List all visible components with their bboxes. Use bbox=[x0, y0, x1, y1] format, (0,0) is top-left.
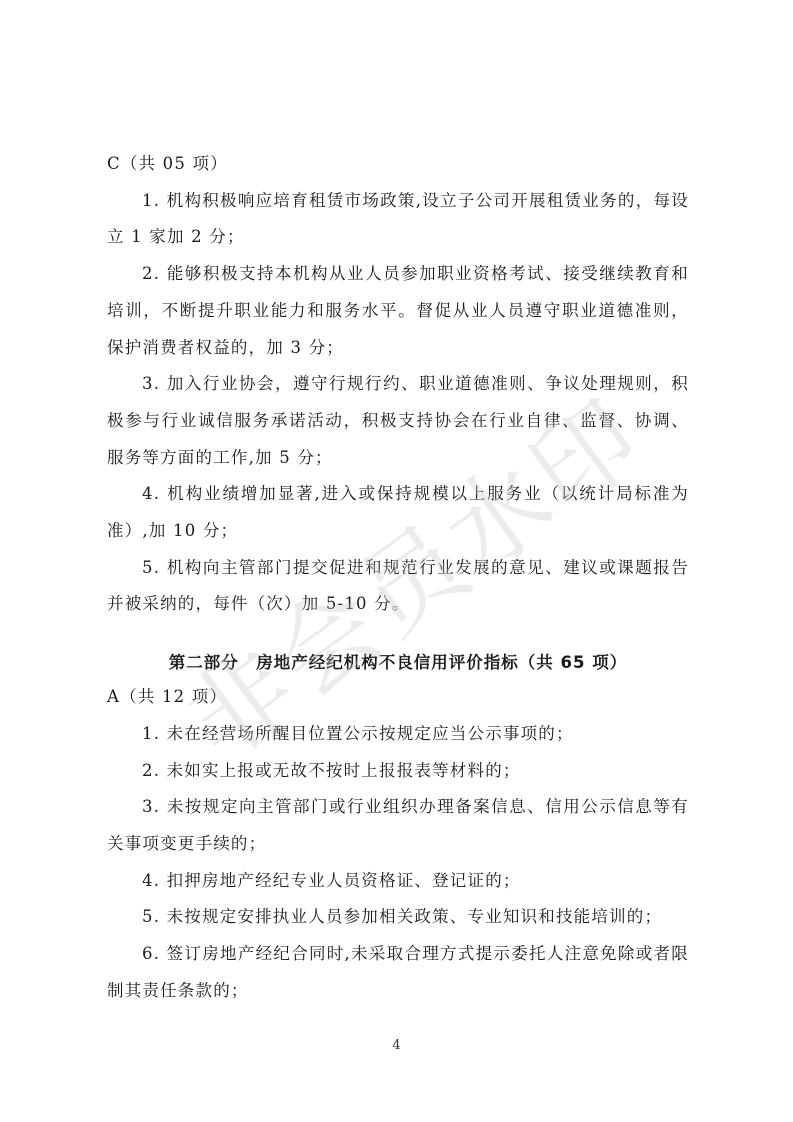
section-c-item-5: 5. 机构向主管部门提交促进和规范行业发展的意见、建议或课题报告并被采纳的，每件… bbox=[107, 550, 689, 623]
section-a-item-3: 3. 未按规定向主管部门或行业组织办理备案信息、信用公示信息等有关事项变更手续的… bbox=[107, 789, 689, 862]
page-number: 4 bbox=[0, 1038, 793, 1053]
section-c-item-2: 2. 能够积极支持本机构从业人员参加职业资格考试、接受继续教育和培训，不断提升职… bbox=[107, 256, 689, 366]
section-a-item-6: 6. 签订房地产经纪合同时,未采取合理方式提示委托人注意免除或者限制其责任条款的… bbox=[107, 936, 689, 1009]
section-c-item-1: 1. 机构积极响应培育租赁市场政策,设立子公司开展租赁业务的，每设立 1 家加 … bbox=[107, 183, 689, 256]
section-c-label: C（共 05 项） bbox=[107, 146, 689, 183]
section-c-item-3: 3. 加入行业协会，遵守行规行约、职业道德准则、争议处理规则，积极参与行业诚信服… bbox=[107, 366, 689, 476]
section-a-item-5: 5. 未按规定安排执业人员参加相关政策、专业知识和技能培训的； bbox=[107, 899, 689, 936]
section-a-item-2: 2. 未如实上报或无故不按时上报报表等材料的； bbox=[107, 753, 689, 790]
section-a-item-4: 4. 扣押房地产经纪专业人员资格证、登记证的； bbox=[107, 863, 689, 900]
section-a-label: A（共 12 项） bbox=[107, 679, 689, 716]
section-c-item-4: 4. 机构业绩增加显著,进入或保持规模以上服务业（以统计局标准为准）,加 10 … bbox=[107, 476, 689, 549]
page-content: C（共 05 项） 1. 机构积极响应培育租赁市场政策,设立子公司开展租赁业务的… bbox=[107, 146, 689, 1009]
document-page: C（共 05 项） 1. 机构积极响应培育租赁市场政策,设立子公司开展租赁业务的… bbox=[0, 0, 793, 1122]
part-two-heading: 第二部分 房地产经纪机构不良信用评价指标（共 65 项） bbox=[107, 647, 689, 679]
section-a-item-1: 1. 未在经营场所醒目位置公示按规定应当公示事项的； bbox=[107, 716, 689, 753]
